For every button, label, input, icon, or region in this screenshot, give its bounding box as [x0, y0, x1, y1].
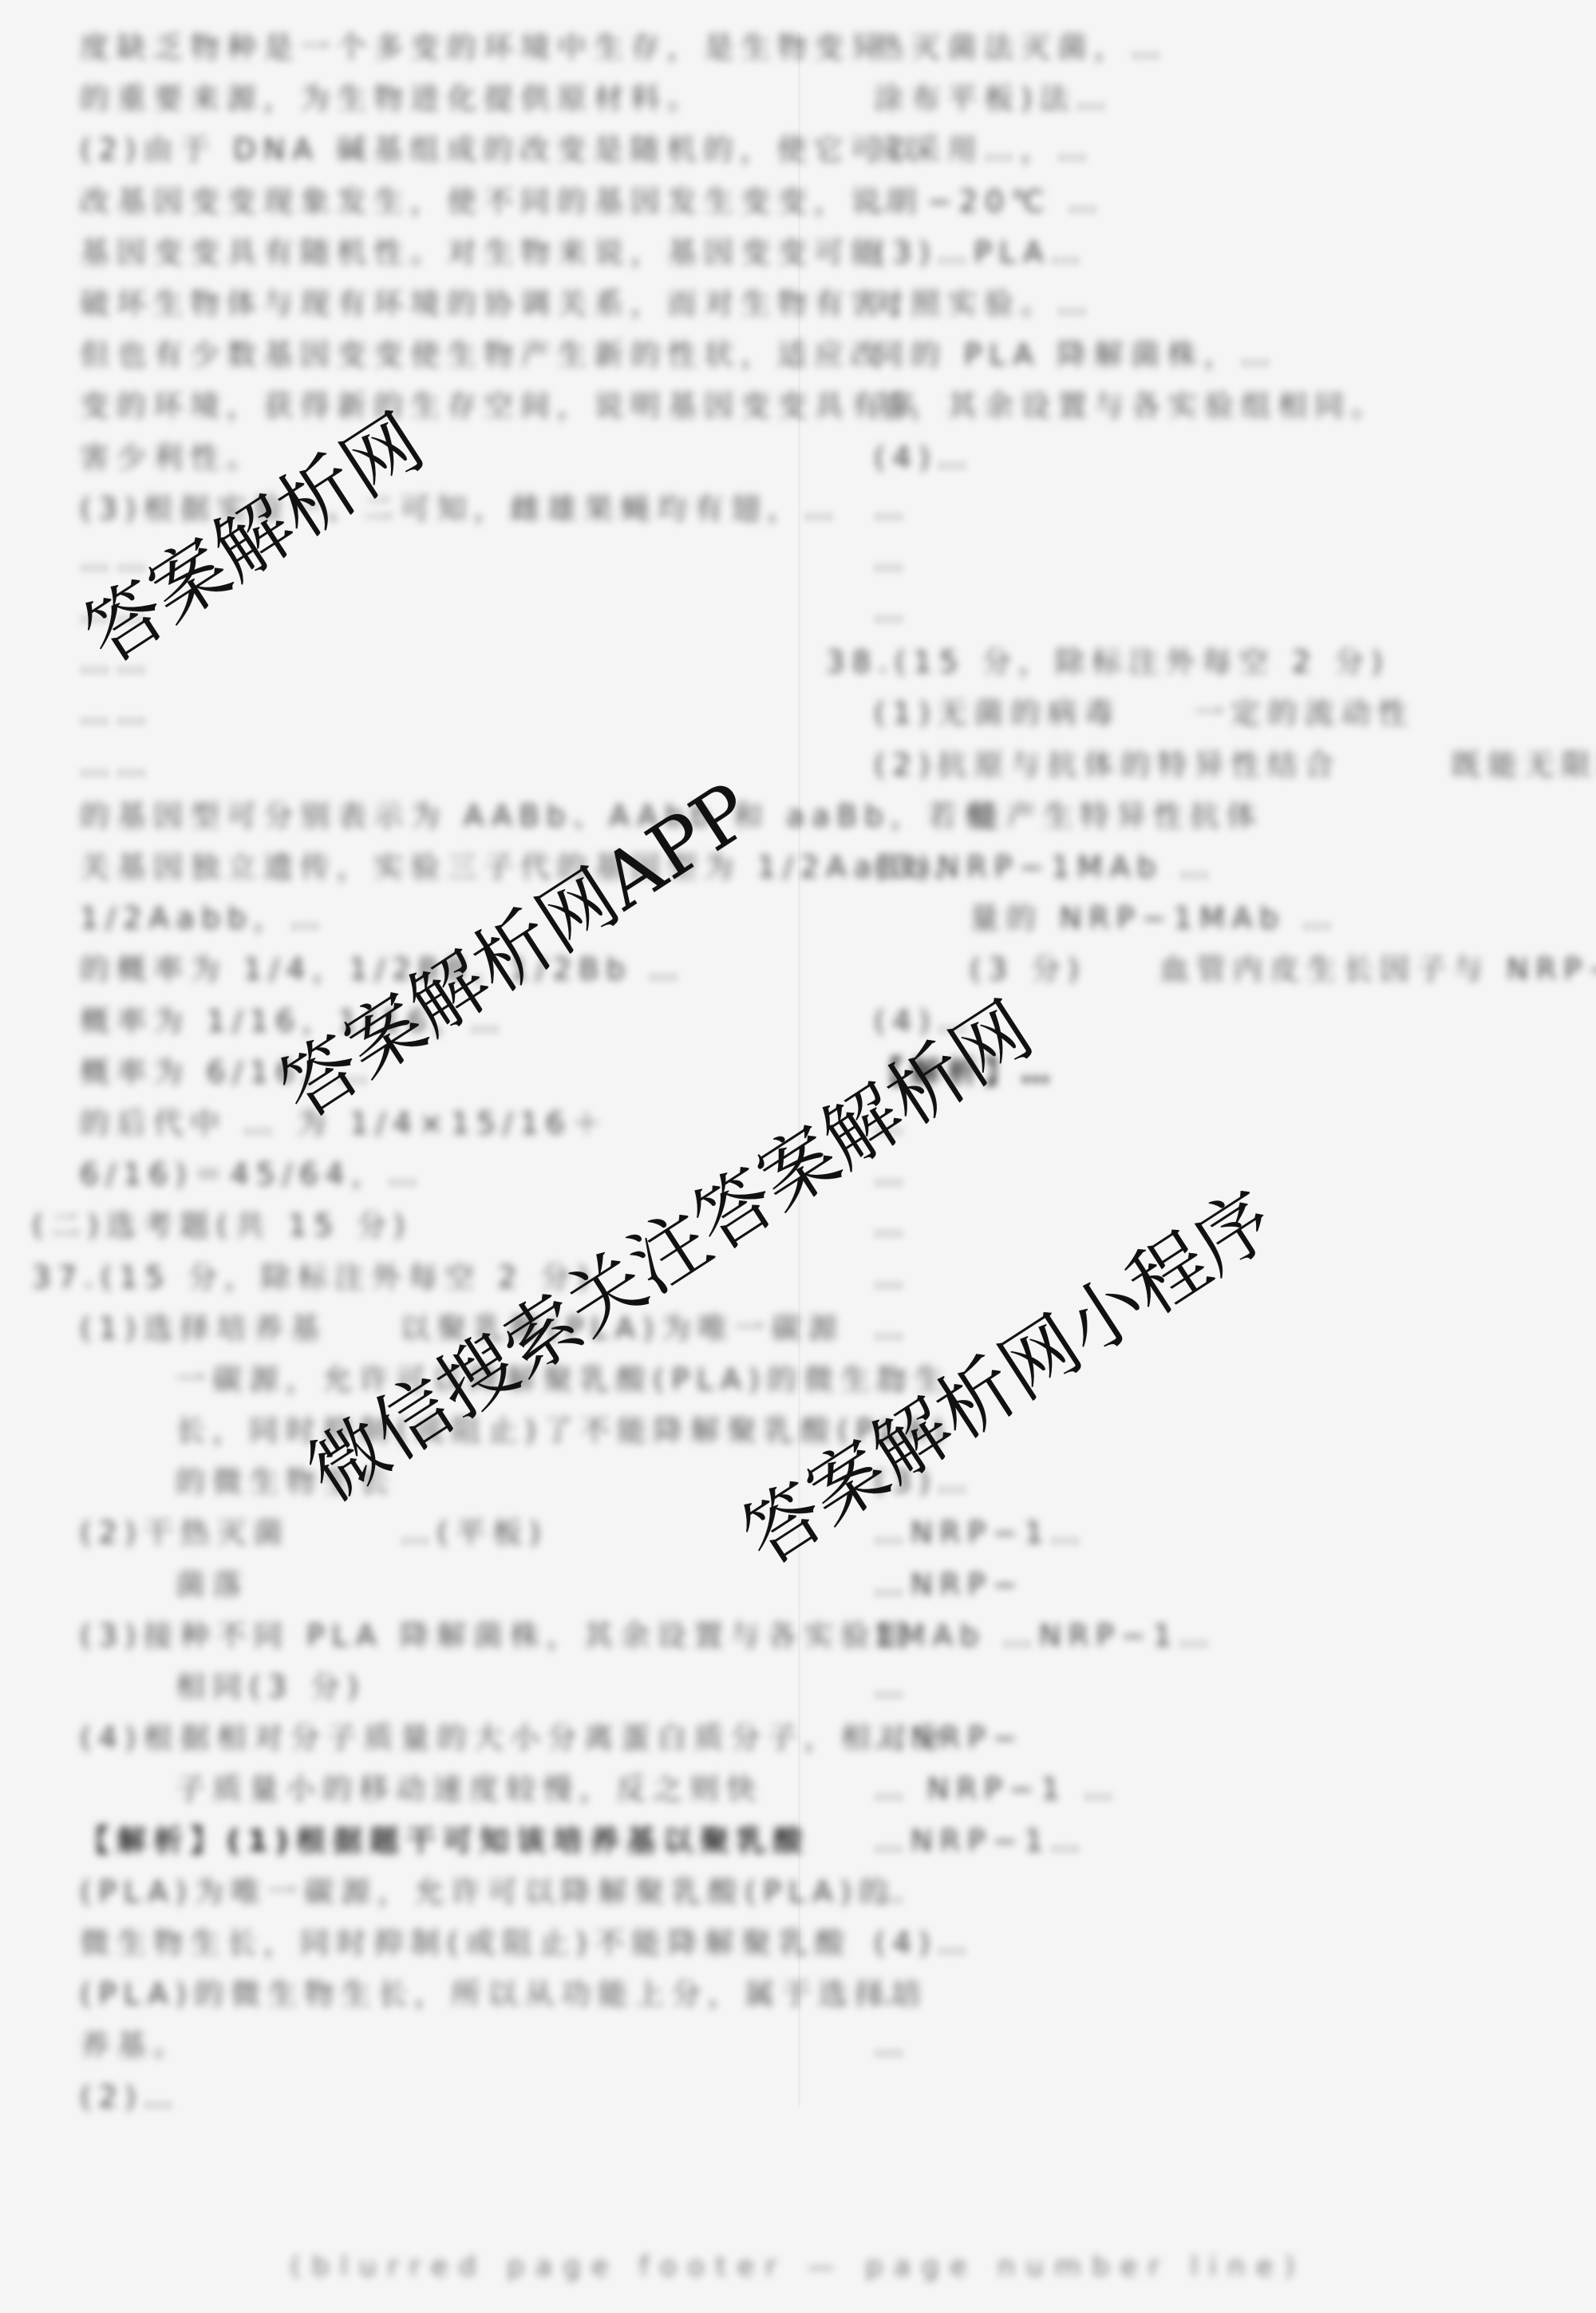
- text-line: 1MAb …NRP−1…: [874, 1611, 1568, 1662]
- text-line-content: (3)NRP−1MAb …: [874, 842, 1216, 893]
- text-line: 量的 NRP−1MAb …: [874, 893, 1568, 944]
- text-line-content: …NRP−1…: [874, 1508, 1087, 1559]
- text-line-content: (二)选考题(共 15 分): [32, 1200, 412, 1251]
- text-line-content: 基，其余设置与各实验组相同。: [874, 381, 1388, 432]
- text-line-content: (3)…PLA…: [874, 227, 1088, 279]
- text-line-content: 对照实验。…: [874, 279, 1094, 330]
- text-line: (PLA)为唯一碳源，允许可以降解聚乳酸(PLA)的: [80, 1867, 774, 1918]
- text-line: 微生物生长，同时抑制(或阻止)不能降解聚乳酸: [80, 1918, 774, 1969]
- text-line: 养基。: [80, 2020, 774, 2071]
- text-line-content: 应采用…，…: [874, 125, 1094, 176]
- text-line: 基，其余设置与各实验组相同。: [874, 381, 1568, 432]
- text-line: 破坏生物体与现有环境的协调关系，而对生物有害；: [80, 279, 774, 330]
- text-line-content: 的重要来源，为生物进化提供原材料。: [80, 73, 704, 125]
- text-line: …: [874, 484, 1568, 535]
- text-line-content: 同的 PLA 降解菌株，…: [874, 330, 1278, 381]
- text-line: 的重要来源，为生物进化提供原材料。: [80, 73, 774, 125]
- text-line-content: ……: [80, 740, 153, 791]
- text-line-content: …: [874, 1200, 911, 1251]
- text-line: 相同(3 分): [80, 1662, 774, 1713]
- text-line: 应采用…，…: [874, 125, 1568, 176]
- text-line: … −20℃ …: [874, 176, 1568, 227]
- text-line-content: …NRP−: [874, 1560, 1025, 1611]
- text-line-content: 菌落: [176, 1560, 249, 1611]
- text-line: (3)接种不同 PLA 降解菌株，其余设置与各实验组: [80, 1611, 774, 1662]
- text-line: (4)…: [874, 1918, 1568, 1969]
- text-line: (3)…: [874, 1457, 1568, 1508]
- text-line-content: 量的 NRP−1MAb …: [970, 893, 1338, 944]
- text-line-content: (3 分) 血管内皮生长因子与 NRP−1 的结合: [970, 944, 1596, 995]
- text-line-content: …: [874, 2020, 911, 2071]
- text-line: (1)无菌的病毒 一定的流动性: [874, 688, 1568, 739]
- text-line: 【解析】(1)根据题干可知该培养基以聚乳酸: [80, 1816, 774, 1867]
- text-line-content: (4)…: [874, 1918, 974, 1969]
- text-line-content: 1MAb …NRP−1…: [874, 1611, 1215, 1662]
- text-line: (4)根据相对分子质量的大小分离蛋白质分子，相对分: [80, 1713, 774, 1764]
- text-line-content: 微生物生长，同时抑制(或阻止)不能降解聚乳酸: [80, 1918, 851, 1969]
- text-line: (4)…: [874, 433, 1568, 484]
- text-line: …NRP−: [874, 1713, 1568, 1764]
- text-line-content: …: [874, 1303, 911, 1354]
- text-line-content: 【解析】(1)根据题干可知该培养基以聚乳酸: [80, 1816, 810, 1867]
- text-line: (2)…: [80, 2072, 774, 2123]
- text-line: …: [874, 2020, 1568, 2071]
- text-line: …: [874, 586, 1568, 637]
- text-line: 的后代中 … 为 1/4×15/16＋: [80, 1098, 774, 1149]
- text-line-content: …: [874, 484, 911, 535]
- page-footer: (blurred page footer — page number line): [0, 2251, 1596, 2283]
- text-line: ……: [80, 688, 774, 739]
- text-line-content: 涂布平板)法…: [874, 73, 1112, 125]
- text-line-content: (2)由于 DNA 碱基组成的改变是随机的，使它可以: [80, 125, 923, 176]
- text-line: ……: [80, 637, 774, 688]
- text-line: 对照实验。…: [874, 279, 1568, 330]
- text-line: 基因变变具有随机性。对生物来说，基因变变可能: [80, 227, 774, 279]
- text-line-content: 改基因变变现象发生，使不同的基因发生变变，说明: [80, 176, 924, 227]
- text-line: …: [874, 1969, 1568, 2020]
- text-line: …NRP−1…: [874, 1816, 1568, 1867]
- text-line: 同的 PLA 降解菌株，…: [874, 330, 1568, 381]
- text-line-content: 养基。: [80, 2020, 190, 2071]
- text-line-content: …NRP−1…: [874, 1816, 1087, 1867]
- text-line: (2)抗原与抗体的特异性结合 既能无限增殖，又: [874, 740, 1568, 791]
- text-line: (3)NRP−1MAb …: [874, 842, 1568, 893]
- text-line: (2)由于 DNA 碱基组成的改变是随机的，使它可以: [80, 125, 774, 176]
- text-line: …: [874, 1662, 1568, 1713]
- text-line-content: …: [874, 1969, 911, 2020]
- text-line-content: 1/2Aabb，…: [80, 893, 327, 944]
- text-line-content: (4)…: [874, 433, 974, 484]
- text-line: 热灭菌法灭菌，…: [874, 22, 1568, 73]
- text-line-content: 破坏生物体与现有环境的协调关系，而对生物有害；: [80, 279, 924, 330]
- text-line: 但也有少数基因变变使生物产生新的性状，适应改: [80, 330, 774, 381]
- footer-text: (blurred page footer — page number line): [290, 2251, 1306, 2283]
- text-line: 子质量小的移动速度较慢，反之则快: [80, 1764, 774, 1815]
- text-line-content: …NRP−: [874, 1713, 1025, 1764]
- document-page: 度缺乏物种是一个多变的环境中生存，是生物变异的重要来源，为生物进化提供原材料。(…: [0, 0, 1596, 2313]
- text-line-content: …: [874, 1867, 911, 1918]
- text-line-content: 害少利性。: [80, 433, 263, 484]
- text-line: …: [874, 535, 1568, 586]
- text-line-content: …: [874, 535, 911, 586]
- text-line-content: (PLA)的微生物生长，所以从功能上分，属于选择培: [80, 1969, 928, 2020]
- text-line-content: (1)无菌的病毒 一定的流动性: [874, 688, 1414, 739]
- text-line: …: [874, 1867, 1568, 1918]
- text-line-content: 6/16)＝45/64，…: [80, 1149, 425, 1200]
- text-line-content: 基因变变具有随机性。对生物来说，基因变变可能: [80, 227, 887, 279]
- text-line: 菌落: [80, 1560, 774, 1611]
- text-line-content: 子质量小的移动速度较慢，反之则快: [176, 1764, 763, 1815]
- text-line: 度缺乏物种是一个多变的环境中生存，是生物变异: [80, 22, 774, 73]
- text-line-content: 度缺乏物种是一个多变的环境中生存，是生物变异: [80, 22, 887, 73]
- text-line-content: … −20℃ …: [874, 176, 1104, 227]
- text-line-content: ……: [80, 688, 153, 739]
- text-line-content: … NRP−1 …: [874, 1764, 1120, 1815]
- text-line-content: 能产生特异性抗体: [970, 791, 1263, 842]
- text-line-content: 的基因型可分别表示为 AABb、AAbb 和 aaBb，若相: [80, 791, 1001, 842]
- text-line-content: (2)…: [80, 2072, 180, 2123]
- text-line: 变的环境，获得新的生存空间，说明基因变变具有多: [80, 381, 774, 432]
- text-line-content: 变的环境，获得新的生存空间，说明基因变变具有多: [80, 381, 924, 432]
- text-line-content: 但也有少数基因变变使生物产生新的性状，适应改: [80, 330, 887, 381]
- text-line: 涂布平板)法…: [874, 73, 1568, 125]
- left-column: 度缺乏物种是一个多变的环境中生存，是生物变异的重要来源，为生物进化提供原材料。(…: [80, 22, 774, 2123]
- text-line: …NRP−1…: [874, 1508, 1568, 1559]
- text-line: …NRP−: [874, 1560, 1568, 1611]
- text-line: (3)…PLA…: [874, 227, 1568, 279]
- text-line-content: …: [874, 586, 911, 637]
- text-line-content: (2)抗原与抗体的特异性结合 既能无限增殖，又: [874, 740, 1596, 791]
- text-line-content: 相同(3 分): [176, 1662, 365, 1713]
- text-line: (PLA)的微生物生长，所以从功能上分，属于选择培: [80, 1969, 774, 2020]
- text-line: (2)干热灭菌 …(平板): [80, 1508, 774, 1559]
- text-line-content: (3)接种不同 PLA 降解菌株，其余设置与各实验组: [80, 1611, 914, 1662]
- text-line-content: …: [874, 1252, 911, 1303]
- text-line: 能产生特异性抗体: [874, 791, 1568, 842]
- text-line-content: …: [874, 1662, 911, 1713]
- text-line: 改基因变变现象发生，使不同的基因发生变变，说明: [80, 176, 774, 227]
- text-line-content: (PLA)为唯一碳源，允许可以降解聚乳酸(PLA)的: [80, 1867, 895, 1918]
- text-line-content: (4)根据相对分子质量的大小分离蛋白质分子，相对分: [80, 1713, 950, 1764]
- text-line: … NRP−1 …: [874, 1764, 1568, 1815]
- text-line-content: (2)干热灭菌 …(平板): [80, 1508, 547, 1559]
- text-line-content: 热灭菌法灭菌，…: [874, 22, 1167, 73]
- text-line: 38.(15 分，除标注外每空 2 分): [874, 637, 1568, 688]
- text-line-content: 38.(15 分，除标注外每空 2 分): [826, 637, 1390, 688]
